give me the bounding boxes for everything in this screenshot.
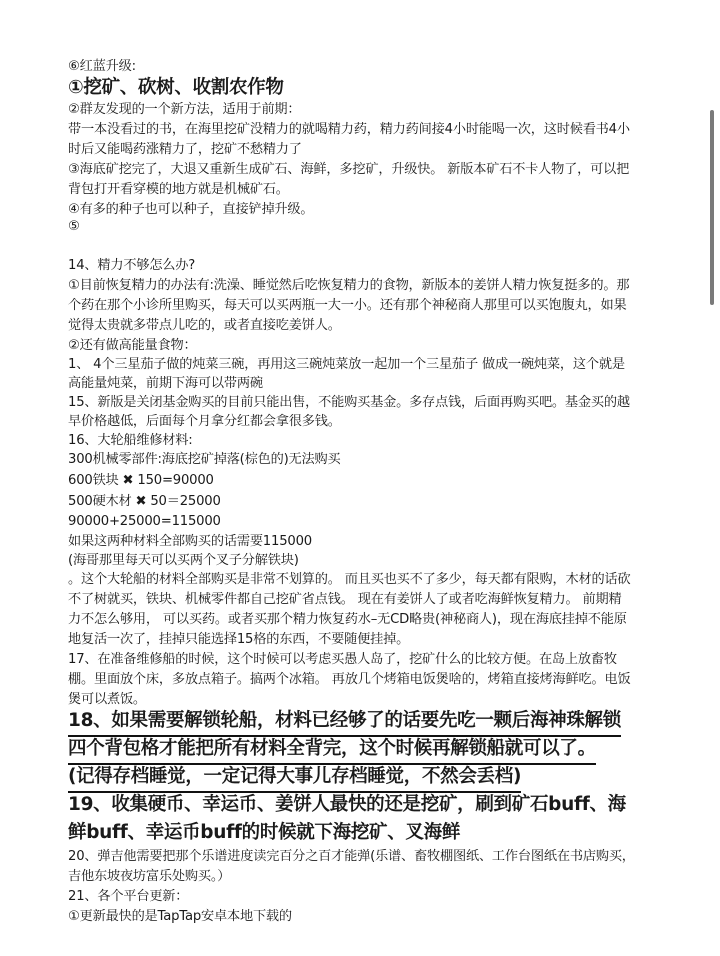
text-line: 力不怎么够用， 可以买药。或者买那个精力恢复药水–无CD略贵(神秘商人)，现在海… <box>68 610 627 630</box>
text-line: 不了树就买，铁块、机械零件都自己挖矿省点钱。 现在有姜饼人了或者吃海鲜恢复精力。… <box>68 590 621 610</box>
text-line: 1、 4个三星茄子做的炖菜三碗，再用这三碗炖菜放一起加一个三星茄子 做成一碗炖菜… <box>68 355 625 375</box>
text-line: ⑤ <box>68 217 80 237</box>
underlined-heading-line: 四个背包格才能把所有材料全背完，这个时候再解锁船就可以了。 <box>68 735 596 765</box>
text-line: 高能量炖菜，前期下海可以带两碗 <box>68 374 263 394</box>
text-line: ③海底矿挖完了，大退又重新生成矿石、海鲜，多挖矿，升级快。 新版本矿石不卡人物了… <box>68 160 629 180</box>
text-line: 14、精力不够怎么办? <box>68 256 195 276</box>
text-line: 早价格越低，后面每个月拿分红都会拿很多钱。 <box>68 412 341 432</box>
text-line: 20、弹吉他需要把那个乐谱进度读完百分之百才能弹(乐谱、畜牧棚图纸、工作台图纸在… <box>68 847 635 867</box>
text-line: 棚。里面放个床，多放点箱子。搞两个冰箱。 再放几个烤箱电饭煲啥的，烤箱直接烤海鲜… <box>68 670 630 690</box>
text-line: 个药在那个小诊所里购买，每天可以买两瓶一大一小。还有那个神秘商人那里可以买饱腹丸… <box>68 296 626 316</box>
text-line: 500硬木材 ✖ 50＝25000 <box>68 492 221 512</box>
text-line: 地复活一次了，挂掉只能选择15格的东西，不要随便挂掉。 <box>68 630 409 650</box>
text-line: 。这个大轮船的材料全部购买是非常不划算的。 而且买也买不了多少，每天都有限购，木… <box>68 570 630 590</box>
text-line: 吉他东坡夜坊富乐处购买。） <box>68 867 230 887</box>
text-line: (海哥那里每天可以买两个叉子分解铁块) <box>68 551 299 571</box>
text-line: 15、新版是关闭基金购买的目前只能出售，不能购买基金。多存点钱，后面再购买吧。基… <box>68 393 630 413</box>
text-line: ②群友发现的一个新方法，适用于前期： <box>68 100 300 120</box>
text-line: 带一本没看过的书，在海里挖矿没精力的就喝精力药，精力药间接4小时能喝一次，这时候… <box>68 120 630 140</box>
heading-line: 19、收集硬币、幸运币、姜饼人最快的还是挖矿，刷到矿石buff、海 <box>68 791 626 819</box>
text-line: 600铁块 ✖ 150=90000 <box>68 471 214 491</box>
text-line: 背包打开看穿模的地方就是机械矿石。 <box>68 180 289 200</box>
heading-line: 鲜buff、幸运币buff的时候就下海挖矿、叉海鲜 <box>68 819 460 847</box>
text-line: 17、在准备维修船的时候，这个时候可以考虑买愚人岛了，挖矿什么的比较方便。在岛上… <box>68 650 617 670</box>
text-line: 觉得太贵就多带点儿吃的，或者直接吃姜饼人。 <box>68 316 341 336</box>
text-line: 300机械零部件:海底挖矿掉落(棕色的)无法购买 <box>68 450 340 470</box>
underlined-heading-line: (记得存档睡觉，一定记得大事儿存档睡觉，不然会丢档) <box>68 763 521 793</box>
text-line: ①更新最快的是TapTap安卓本地下载的 <box>68 907 292 927</box>
text-line: ④有多的种子也可以种子，直接铲掉升级。 <box>68 200 313 220</box>
text-line: 21、各个平台更新： <box>68 887 188 907</box>
text-line: 时后又能喝药涨精力了，挖矿不愁精力了 <box>68 140 302 160</box>
text-line: 16、大轮船维修材料: <box>68 431 193 451</box>
underlined-heading-line: 18、如果需要解锁轮船，材料已经够了的话要先吃一颗后海神珠解锁 <box>68 707 621 737</box>
text-line: ②还有做高能量食物： <box>68 336 197 356</box>
text-line: 90000+25000=115000 <box>68 512 221 532</box>
text-line: ①目前恢复精力的办法有:洗澡、睡觉然后吃恢复精力的食物，新版本的姜饼人精力恢复挺… <box>68 276 629 296</box>
vertical-scrollbar[interactable] <box>710 110 714 305</box>
heading-line: ①挖矿、砍树、收割农作物 <box>68 74 284 102</box>
text-line: 如果这两种材料全部购买的话需要115000 <box>68 532 312 552</box>
